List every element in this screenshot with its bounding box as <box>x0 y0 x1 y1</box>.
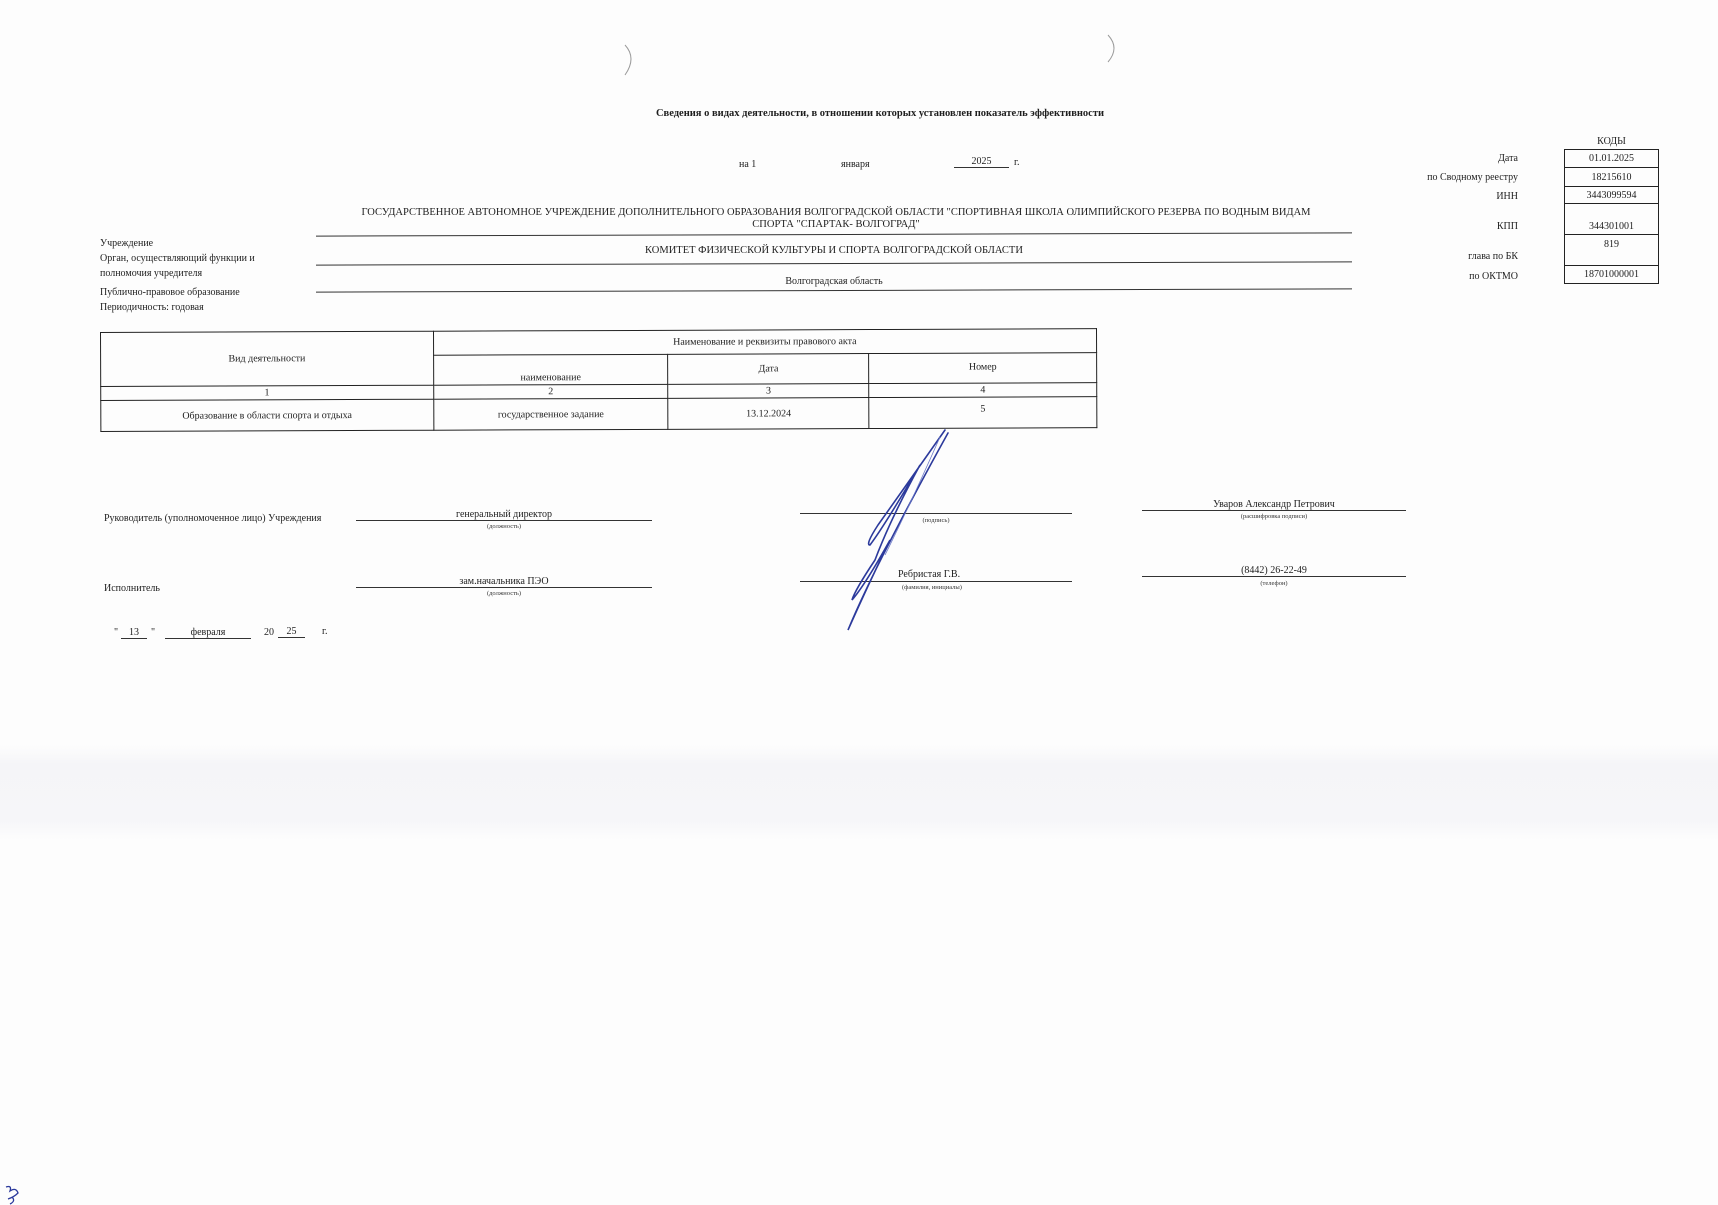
date-year: 2025 <box>954 156 1009 168</box>
col-number-1: 1 <box>101 385 434 400</box>
executor-phone-underline <box>1142 576 1406 577</box>
cell-activity: Образование в области спорта и отдыха <box>101 399 434 431</box>
institution-value-line1: ГОСУДАРСТВЕННОЕ АВТОНОМНОЕ УЧРЕЖДЕНИЕ ДО… <box>316 207 1356 219</box>
col-number-4: 4 <box>869 383 1097 398</box>
scan-artifact-band <box>0 745 1718 840</box>
executor-position-underline <box>356 587 652 588</box>
handwritten-mark-icon <box>4 1183 28 1205</box>
institution-value: ГОСУДАРСТВЕННОЕ АВТОНОМНОЕ УЧРЕЖДЕНИЕ ДО… <box>316 207 1356 231</box>
founder-value: КОМИТЕТ ФИЗИЧЕСКОЙ КУЛЬТУРЫ И СПОРТА ВОЛ… <box>316 245 1352 256</box>
col-group-header-legal-act: Наименование и реквизиты правового акта <box>433 329 1096 356</box>
cell-act-number: 5 <box>869 397 1097 429</box>
code-label-oktmo: по ОКТМО <box>1469 271 1518 282</box>
activity-table: Вид деятельности Наименование и реквизит… <box>100 328 1097 432</box>
col-header-activity: Вид деятельности <box>101 331 434 386</box>
code-label-inn: ИНН <box>1496 191 1518 202</box>
date-month: января <box>841 159 870 170</box>
code-value-date: 01.01.2025 <box>1565 150 1659 168</box>
col-header-number: Номер <box>869 353 1097 384</box>
founder-label-line2: полномочия учредителя <box>100 268 202 279</box>
cell-act-date: 13.12.2024 <box>668 398 869 430</box>
head-label: Руководитель (уполномоченное лицо) Учреж… <box>104 513 321 524</box>
col-header-name: наименование <box>433 354 668 385</box>
founder-underline <box>316 261 1352 265</box>
code-label-bk: глава по БК <box>1468 251 1518 262</box>
signing-date-close-quote: " <box>151 627 155 638</box>
handwritten-signature-icon <box>840 425 960 640</box>
code-value-oktmo: 18701000001 <box>1565 266 1659 284</box>
head-name-underline <box>1142 510 1406 511</box>
col-header-date: Дата <box>668 354 869 385</box>
signing-date-suffix: г. <box>322 626 327 637</box>
date-prefix: на 1 <box>739 159 756 170</box>
signing-date-month: февраля <box>165 627 251 639</box>
public-entity-label: Публично-правовое образование <box>100 287 240 298</box>
institution-underline <box>316 232 1352 236</box>
public-entity-underline <box>316 288 1352 292</box>
signing-date-day: 13 <box>121 627 147 639</box>
executor-phone-caption: (телефон) <box>1142 580 1406 587</box>
public-entity-value: Волгоградская область <box>316 276 1352 287</box>
col-number-2: 2 <box>433 384 668 399</box>
date-suffix: г. <box>1014 157 1019 168</box>
code-label-date: Дата <box>1498 153 1518 164</box>
cell-act-name: государственное задание <box>433 398 668 430</box>
col-number-3: 3 <box>668 384 869 399</box>
code-label-registry: по Сводному реестру <box>1427 172 1518 183</box>
signing-date-year: 25 <box>278 626 305 638</box>
code-value-bk: 819 <box>1565 235 1659 266</box>
institution-value-line2: СПОРТА "СПАРТАК- ВОЛГОГРАД" <box>316 219 1356 231</box>
head-name: Уваров Александр Петрович <box>1142 499 1406 510</box>
code-value-kpp: 344301001 <box>1565 204 1659 235</box>
scan-mark-icon <box>1100 30 1130 70</box>
founder-label-line1: Орган, осуществляющий функции и <box>100 253 255 264</box>
head-position-underline <box>356 520 652 521</box>
document-title: Сведения о видах деятельности, в отношен… <box>600 108 1160 119</box>
code-value-registry: 18215610 <box>1565 168 1659 187</box>
executor-position: зам.начальника ПЭО <box>356 576 652 587</box>
signing-date-open-quote: " <box>114 627 118 638</box>
scan-mark-icon <box>615 40 645 80</box>
head-position-caption: (должность) <box>356 523 652 530</box>
periodicity-label: Периодичность: годовая <box>100 302 204 313</box>
codes-table: 01.01.2025 18215610 3443099594 344301001… <box>1564 149 1659 284</box>
signing-date-century: 20 <box>264 627 274 638</box>
head-name-caption: (расшифровка подписи) <box>1142 513 1406 520</box>
executor-position-caption: (должность) <box>356 590 652 597</box>
institution-label: Учреждение <box>100 238 153 249</box>
head-position: генеральный директор <box>356 509 652 520</box>
executor-phone: (8442) 26-22-49 <box>1142 565 1406 576</box>
code-label-kpp: КПП <box>1497 221 1518 232</box>
code-value-inn: 3443099594 <box>1565 187 1659 204</box>
codes-header: КОДЫ <box>1564 136 1659 147</box>
executor-label: Исполнитель <box>104 583 160 594</box>
